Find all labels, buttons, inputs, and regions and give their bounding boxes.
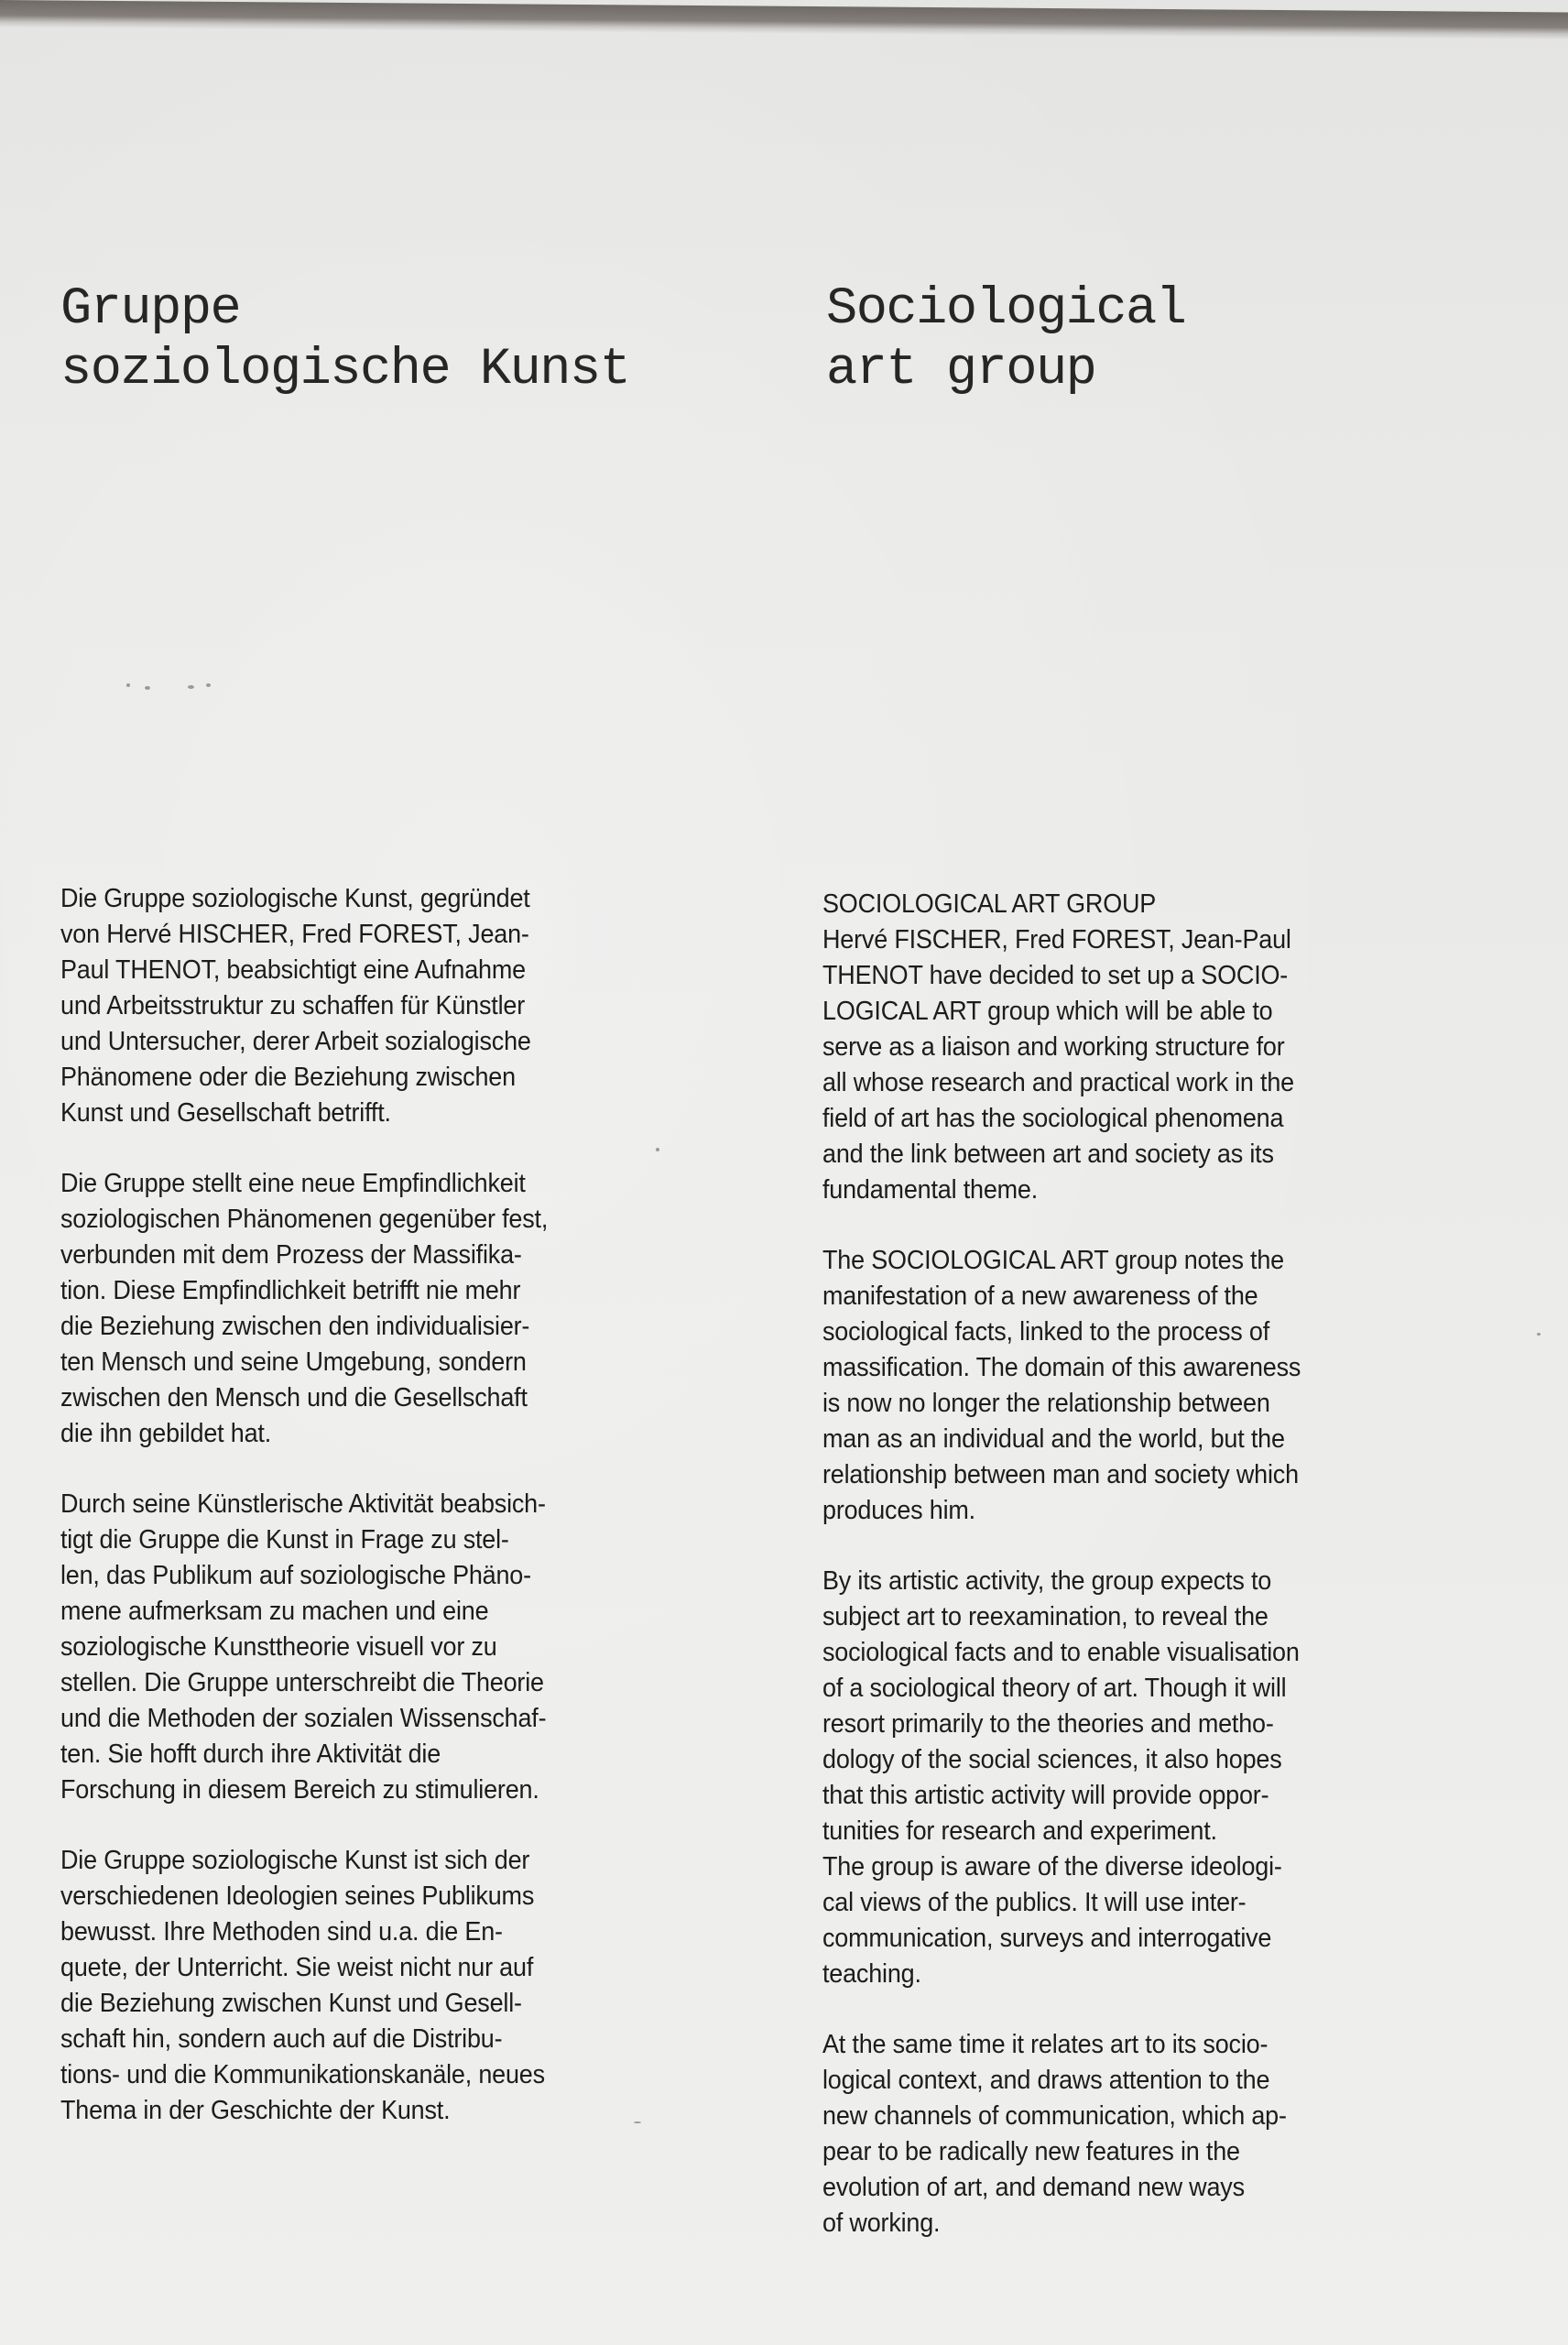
text-line: serve as a liaison and working structure… [822,1030,1470,1065]
english-heading-line: Sociological [826,280,1185,339]
german-paragraph-1: Die Gruppe soziologische Kunst, gegründe… [60,881,757,1131]
text-line: LOGICAL ART group which will be able to [822,994,1470,1030]
text-line: zwischen den Mensch und die Gesellschaft [60,1380,708,1416]
text-line: is now no longer the relationship betwee… [822,1386,1470,1422]
text-line: soziologischen Phänomenen gegenüber fest… [60,1202,708,1238]
text-line: sociological facts and to enable visuali… [822,1635,1470,1671]
text-line: quete, der Unterricht. Sie weist nicht n… [60,1950,708,1986]
text-line: The SOCIOLOGICAL ART group notes the [822,1243,1470,1279]
text-line: At the same time it relates art to its s… [822,2027,1470,2063]
text-line: Hervé FISCHER, Fred FOREST, Jean-Paul [822,922,1470,958]
german-paragraph-4: Die Gruppe soziologische Kunst ist sich … [60,1843,757,2129]
text-line: verbunden mit dem Prozess der Massifika- [60,1238,708,1273]
text-line: tions- und die Kommunikationskanäle, neu… [60,2057,708,2093]
text-line: bewusst. Ihre Methoden sind u.a. die En- [60,1914,708,1950]
english-body: SOCIOLOGICAL ART GROUP Hervé FISCHER, Fr… [822,887,1519,2276]
text-line: Phänomene oder die Beziehung zwischen [60,1060,708,1096]
text-line: tunities for research and experiment. [822,1814,1470,1849]
english-paragraph-1: SOCIOLOGICAL ART GROUP Hervé FISCHER, Fr… [822,887,1519,1208]
text-line: ten Mensch und seine Umgebung, sondern [60,1345,708,1380]
text-line: Durch seine Künstlerische Aktivität beab… [60,1487,708,1522]
text-line: verschiedenen Ideologien seines Publikum… [60,1879,708,1914]
english-paragraph-3: By its artistic activity, the group expe… [822,1564,1519,1849]
text-line: THENOT have decided to set up a SOCIO- [822,958,1470,994]
text-line: Paul THENOT, beabsichtigt eine Aufnahme [60,953,708,988]
english-heading: Sociological art group [826,279,1185,400]
text-line: field of art has the sociological phenom… [822,1101,1470,1137]
text-line: und die Methoden der sozialen Wissenscha… [60,1701,708,1737]
text-line: evolution of art, and demand new ways [822,2170,1470,2206]
text-line: die Beziehung zwischen den individualisi… [60,1309,708,1345]
text-line: mene aufmerksam zu machen und eine [60,1594,708,1630]
text-line: tigt die Gruppe die Kunst in Frage zu st… [60,1522,708,1558]
text-line: die Beziehung zwischen Kunst und Gesell- [60,1986,708,2022]
text-line: of a sociological theory of art. Though … [822,1671,1470,1707]
english-heading-line: art group [826,341,1095,399]
text-line: von Hervé HISCHER, Fred FOREST, Jean- [60,917,708,953]
text-line: produces him. [822,1493,1470,1529]
text-line: subject art to reexamination, to reveal … [822,1599,1470,1635]
text-line: and the link between art and society as … [822,1137,1470,1172]
text-line: of working. [822,2206,1470,2241]
text-line: communication, surveys and interrogative [822,1921,1470,1957]
text-line: massification. The domain of this awaren… [822,1350,1470,1386]
text-line: Kunst und Gesellschaft betrifft. [60,1096,708,1131]
print-speck [145,686,150,690]
german-heading: Gruppe soziologische Kunst [60,279,629,400]
print-speck [206,683,211,687]
english-paragraph-2: The SOCIOLOGICAL ART group notes the man… [822,1243,1519,1529]
text-line: len, das Publikum auf soziologische Phän… [60,1558,708,1594]
text-line: soziologische Kunsttheorie visuell vor z… [60,1630,708,1665]
text-line: logical context, and draws attention to … [822,2063,1470,2099]
text-line: Die Gruppe soziologische Kunst, gegründe… [60,881,708,917]
german-paragraph-2: Die Gruppe stellt eine neue Empfindlichk… [60,1166,757,1452]
text-line: und Untersucher, derer Arbeit sozialogis… [60,1024,708,1060]
text-line: cal views of the publics. It will use in… [822,1885,1470,1921]
text-line: sociological facts, linked to the proces… [822,1314,1470,1350]
text-line: pear to be radically new features in the [822,2134,1470,2170]
text-line: Die Gruppe stellt eine neue Empfindlichk… [60,1166,708,1202]
text-line: Die Gruppe soziologische Kunst ist sich … [60,1843,708,1879]
print-speck [188,685,194,689]
english-paragraph-4: The group is aware of the diverse ideolo… [822,1849,1519,1992]
text-line: that this artistic activity will provide… [822,1778,1470,1814]
text-line: By its artistic activity, the group expe… [822,1564,1470,1599]
german-paragraph-3: Durch seine Künstlerische Aktivität beab… [60,1487,757,1808]
english-paragraph-5: At the same time it relates art to its s… [822,2027,1519,2241]
text-line: Forschung in diesem Bereich zu stimulier… [60,1772,708,1808]
text-line: resort primarily to the theories and met… [822,1707,1470,1742]
text-line: Thema in der Geschichte der Kunst. [60,2093,708,2129]
text-line: new channels of communication, which ap- [822,2099,1470,2134]
german-heading-line: Gruppe [60,280,240,339]
german-body: Die Gruppe soziologische Kunst, gegründe… [60,881,757,2164]
text-line: und Arbeitsstruktur zu schaffen für Küns… [60,988,708,1024]
text-line: tion. Diese Empfindlichkeit betrifft nie… [60,1273,708,1309]
text-line: fundamental theme. [822,1172,1470,1208]
text-line: relationship between man and society whi… [822,1457,1470,1493]
text-line: ten. Sie hofft durch ihre Aktivität die [60,1737,708,1772]
text-line: SOCIOLOGICAL ART GROUP [822,887,1470,922]
text-line: stellen. Die Gruppe unterschreibt die Th… [60,1665,708,1701]
text-line: teaching. [822,1957,1470,1992]
text-line: all whose research and practical work in… [822,1065,1470,1101]
german-heading-line: soziologische Kunst [60,341,629,399]
text-line: manifestation of a new awareness of the [822,1279,1470,1314]
text-line: schaft hin, sondern auch auf die Distrib… [60,2022,708,2057]
text-line: man as an individual and the world, but … [822,1422,1470,1457]
text-line: The group is aware of the diverse ideolo… [822,1849,1470,1885]
text-line: dology of the social sciences, it also h… [822,1742,1470,1778]
print-speck [1537,1333,1541,1336]
text-line: die ihn gebildet hat. [60,1416,708,1452]
print-speck [126,683,130,687]
